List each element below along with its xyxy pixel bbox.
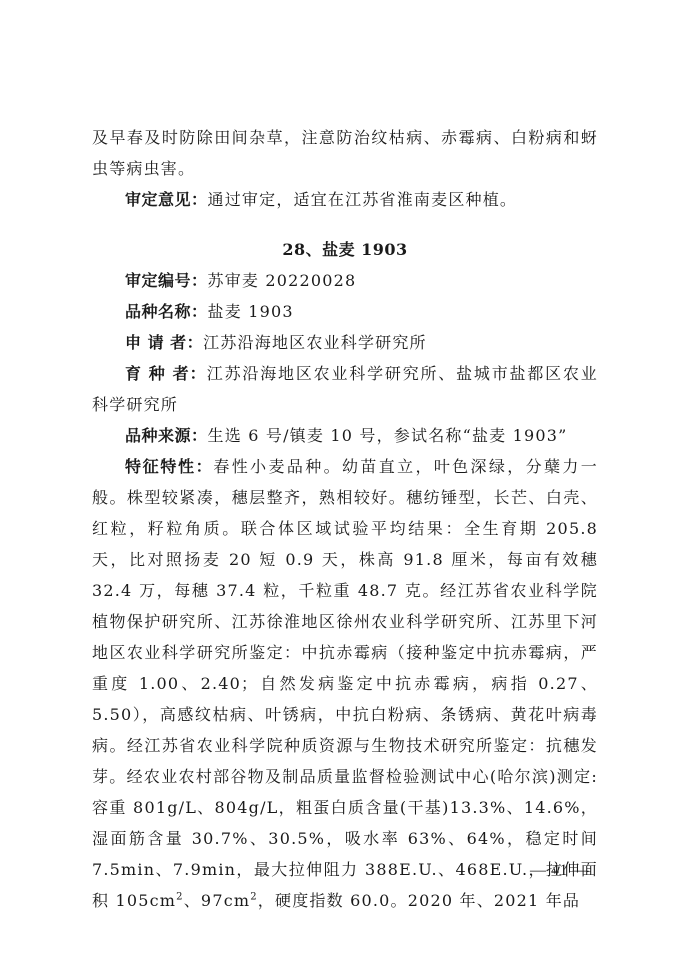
- approval-opinion: 审定意见：通过审定，适宜在江苏省淮南麦区种植。: [92, 184, 598, 215]
- characteristics-paragraph: 特征特性：春性小麦品种。幼苗直立，叶色深绿，分蘖力一般。株型较紧凑，穗层整齐，熟…: [92, 451, 598, 916]
- approval-opinion-text: 通过审定，适宜在江苏省淮南麦区种植。: [208, 190, 518, 209]
- field-variety-source: 品种来源：生选 6 号/镇麦 10 号，参试名称“盐麦 1903”: [92, 420, 598, 451]
- characteristics-text-3: ，硬度指数 60.0。2020 年、2021 年品: [258, 891, 580, 910]
- approval-opinion-label: 审定意见：: [125, 190, 208, 209]
- field-approval-number: 审定编号：苏审麦 20220028: [92, 265, 598, 296]
- field-label: 审定编号：: [125, 271, 208, 290]
- field-label: 育 种 者：: [125, 364, 207, 383]
- field-applicant: 申 请 者：江苏沿海地区农业科学研究所: [92, 327, 598, 358]
- variety-title: 28、盐麦 1903: [92, 234, 598, 265]
- characteristics-text-1: 春性小麦品种。幼苗直立，叶色深绿，分蘖力一般。株型较紧凑，穗层整齐，熟相较好。穗…: [92, 457, 598, 910]
- document-page: 及早春及时防除田间杂草，注意防治纹枯病、赤霉病、白粉病和蚜虫等病虫害。 审定意见…: [92, 122, 598, 916]
- superscript: 2: [176, 892, 184, 903]
- field-label: 申 请 者：: [125, 333, 203, 352]
- field-value: 生选 6 号/镇麦 10 号，参试名称“盐麦 1903”: [208, 426, 568, 445]
- field-breeder: 育 种 者：江苏沿海地区农业科学研究所、盐城市盐都区农业科学研究所: [92, 358, 598, 420]
- field-value: 盐麦 1903: [208, 302, 294, 321]
- field-value: 苏审麦 20220028: [208, 271, 357, 290]
- superscript: 2: [250, 892, 258, 903]
- continuation-paragraph: 及早春及时防除田间杂草，注意防治纹枯病、赤霉病、白粉病和蚜虫等病虫害。: [92, 122, 598, 184]
- field-variety-name: 品种名称：盐麦 1903: [92, 296, 598, 327]
- field-value: 江苏沿海地区农业科学研究所: [203, 333, 427, 352]
- field-label: 品种名称：: [125, 302, 208, 321]
- field-label: 品种来源：: [125, 426, 208, 445]
- page-number: — 41 —: [530, 862, 589, 880]
- characteristics-label: 特征特性：: [125, 457, 213, 476]
- characteristics-text-2: 、97cm: [184, 891, 251, 910]
